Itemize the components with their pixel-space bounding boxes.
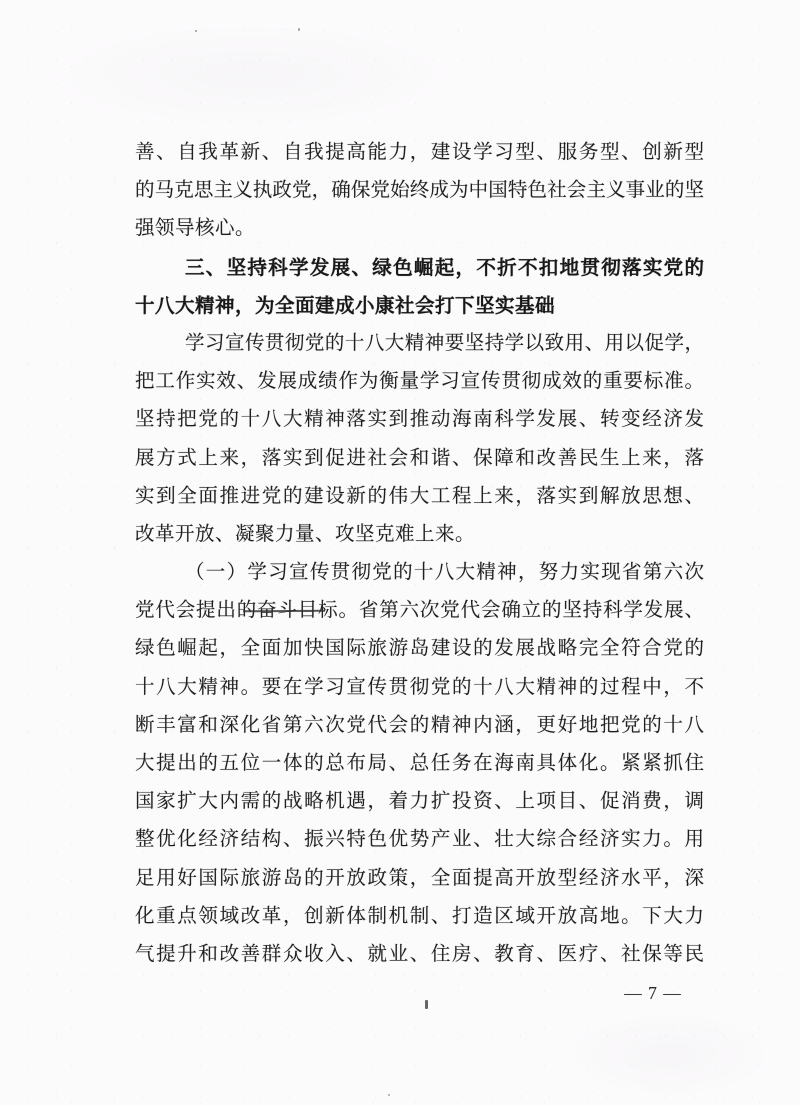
body-line: 绿色崛起，全面加快国际旅游岛建设的发展战略完全符合党的 xyxy=(135,630,704,668)
scan-artifact-speck xyxy=(195,30,197,32)
body-line: 善、自我革新、自我提高能力，建设学习型、服务型、创新型 xyxy=(135,134,704,172)
scanned-page: { "page": { "page_number": "— 7 —" }, "d… xyxy=(0,0,800,1105)
body-line: 学习宣传贯彻党的十八大精神要坚持学以致用、用以促学， xyxy=(135,325,704,363)
body-line: 党代会提出的奋斗目标。省第六次党代会确立的坚持科学发展、 xyxy=(135,592,704,630)
body-line: 化重点领域改革，创新体制机制、打造区域开放高地。下大力 xyxy=(135,898,704,936)
body-line: 强领导核心。 xyxy=(135,210,704,248)
document-body: 善、自我革新、自我提高能力，建设学习型、服务型、创新型的马克思主义执政党，确保党… xyxy=(135,134,704,974)
body-line: 实到全面推进党的建设新的伟大工程上来，落实到解放思想、 xyxy=(135,478,704,516)
scan-smudge xyxy=(40,20,460,130)
body-line: 足用好国际旅游岛的开放政策，全面提高开放型经济水平，深 xyxy=(135,860,704,898)
scan-artifact-speck xyxy=(425,1000,428,1009)
heading-line: 三、坚持科学发展、绿色崛起，不折不扣地贯彻落实党的 xyxy=(135,249,704,287)
body-line: 把工作实效、发展成绩作为衡量学习宣传贯彻成效的重要标准。 xyxy=(135,363,704,401)
heading-line: 十八大精神，为全面建成小康社会打下坚实基础 xyxy=(135,287,704,325)
body-line: 气提升和改善群众收入、就业、住房、教育、医疗、社保等民 xyxy=(135,936,704,974)
body-line: 大提出的五位一体的总布局、总任务在海南具体化。紧紧抓住 xyxy=(135,745,704,783)
body-line: 改革开放、凝聚力量、攻坚克难上来。 xyxy=(135,516,704,554)
scan-artifact-speck xyxy=(298,28,300,31)
body-line: 展方式上来，落实到促进社会和谐、保障和改善民生上来，落 xyxy=(135,440,704,478)
body-line: 整优化经济结构、振兴特色优势产业、壮大综合经济实力。用 xyxy=(135,821,704,859)
body-line: 国家扩大内需的战略机遇，着力扩投资、上项目、促消费，调 xyxy=(135,783,704,821)
scan-smudge xyxy=(560,1010,780,1100)
body-line: 断丰富和深化省第六次党代会的精神内涵，更好地把党的十八 xyxy=(135,707,704,745)
page-number: — 7 — xyxy=(618,983,688,1004)
scan-artifact-speck xyxy=(388,1094,390,1096)
body-line: （一）学习宣传贯彻党的十八大精神，努力实现省第六次 xyxy=(135,554,704,592)
body-line: 坚持把党的十八大精神落实到推动海南科学发展、转变经济发 xyxy=(135,401,704,439)
body-line: 十八大精神。要在学习宣传贯彻党的十八大精神的过程中，不 xyxy=(135,669,704,707)
body-line: 的马克思主义执政党，确保党始终成为中国特色社会主义事业的坚 xyxy=(135,172,704,210)
